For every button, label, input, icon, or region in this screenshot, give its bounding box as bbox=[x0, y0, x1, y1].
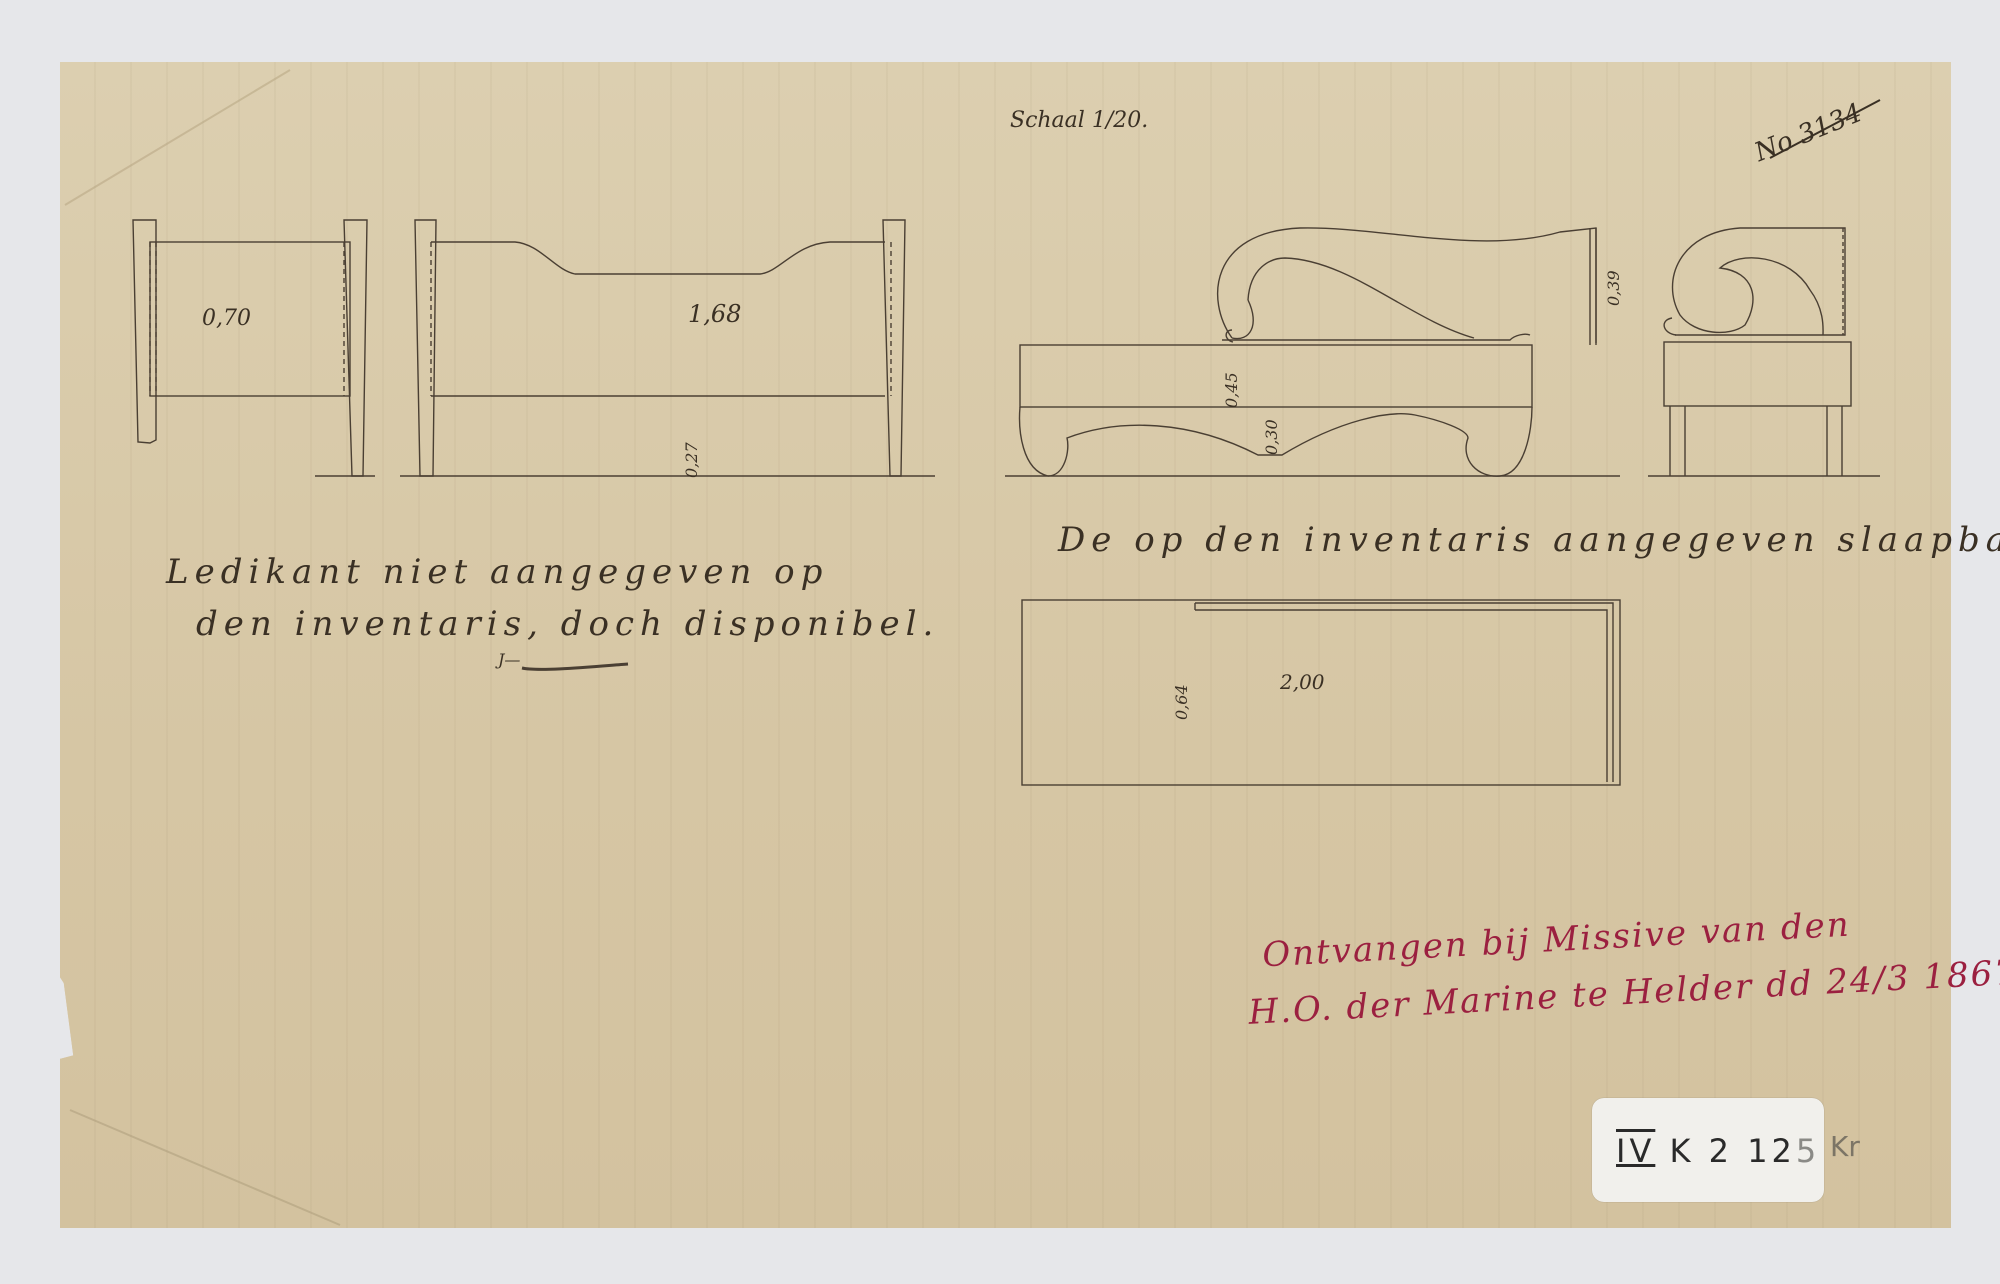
archive-pencil-annotation: Kr bbox=[1830, 1130, 1860, 1163]
sofa-side-view bbox=[1005, 228, 1620, 476]
right-caption: De op den inventaris aangegeven slaapban… bbox=[1058, 520, 2000, 560]
scale-note: Schaal 1/20. bbox=[1010, 108, 1148, 133]
archive-label-roman: IV bbox=[1616, 1132, 1655, 1170]
bed-leg-height-label: 0,27 bbox=[682, 442, 701, 478]
sofa-apron-label: 0,30 bbox=[1262, 419, 1281, 455]
sofa-depth-label: 0,64 bbox=[1172, 684, 1191, 720]
left-signature: J— bbox=[498, 650, 520, 669]
left-caption-line1: Ledikant niet aangegeven op bbox=[166, 552, 828, 592]
bed-side-view bbox=[400, 220, 935, 476]
bed-length-label: 1,68 bbox=[688, 300, 741, 328]
sofa-end-view bbox=[1648, 228, 1880, 476]
archive-label-text: IV K 2 125 bbox=[1616, 1132, 1820, 1170]
bed-width-label: 0,70 bbox=[202, 306, 251, 331]
bed-end-view bbox=[133, 220, 375, 476]
sofa-back-height-label: 0,39 bbox=[1604, 270, 1623, 306]
sofa-seat-height-label: 0,45 bbox=[1222, 372, 1241, 408]
archive-label-pencil-suffix: 5 bbox=[1796, 1132, 1820, 1170]
archive-label-code: K 2 12 bbox=[1670, 1132, 1796, 1170]
left-caption-line2: den inventaris, doch disponibel. bbox=[196, 604, 939, 644]
sofa-length-label: 2,00 bbox=[1280, 670, 1325, 694]
archive-label: IV K 2 125 bbox=[1592, 1098, 1824, 1202]
